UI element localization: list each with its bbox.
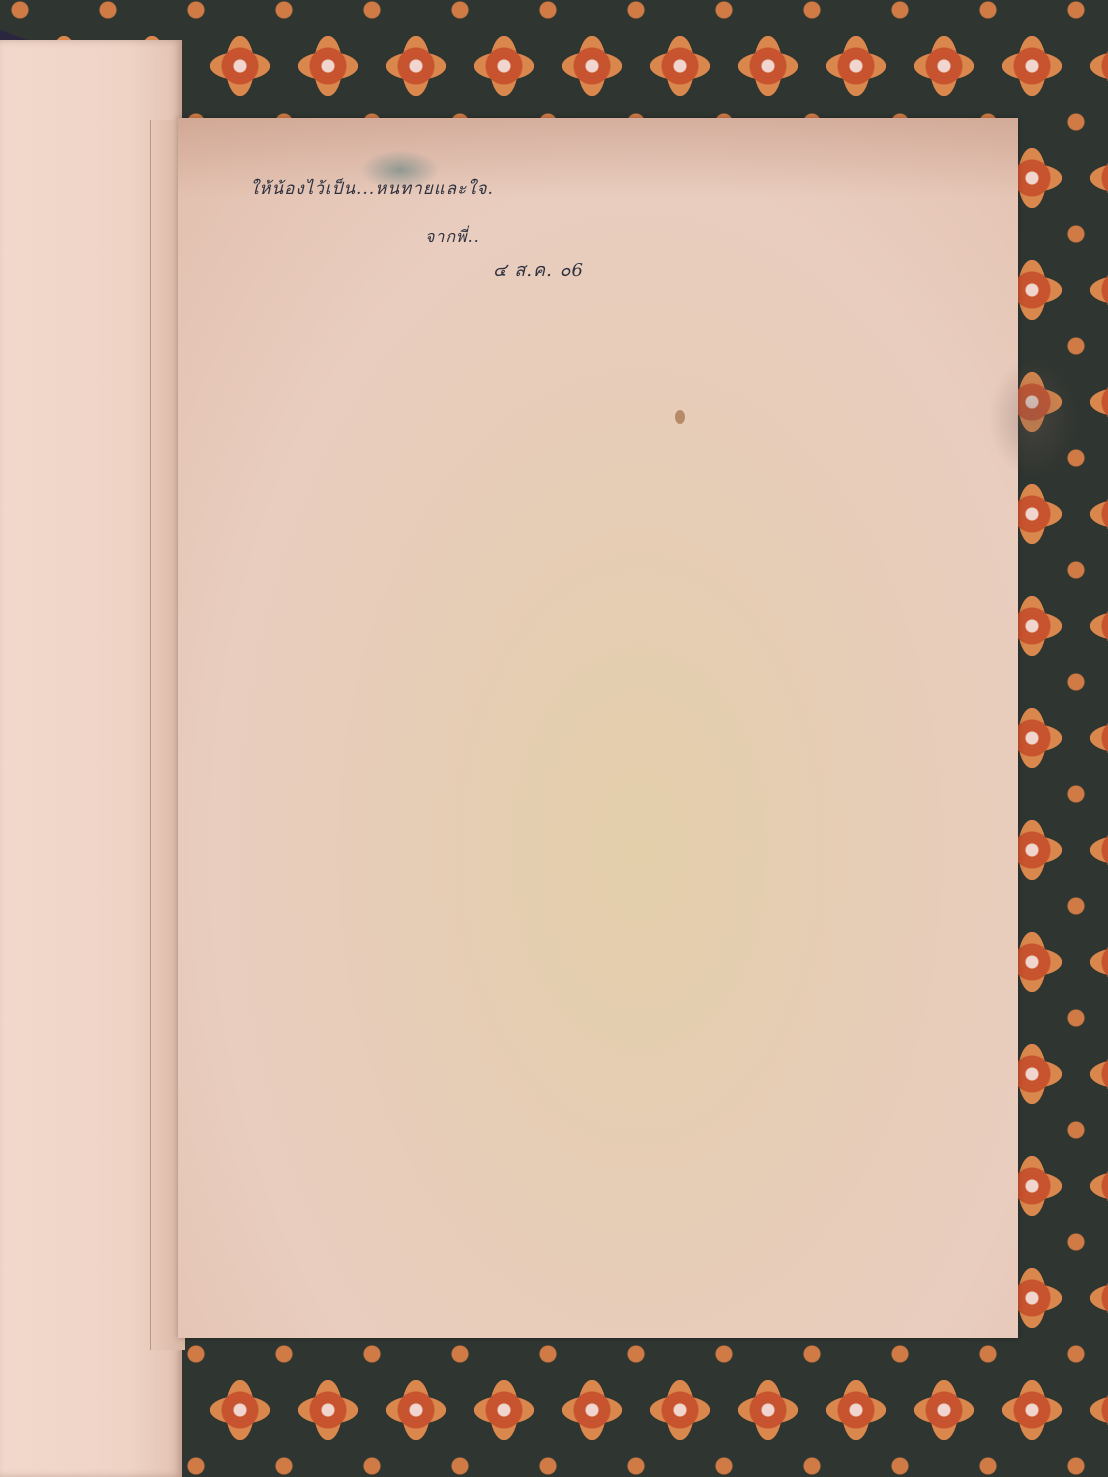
inscription-date: ๔ ส.ค. ๐6 [493,255,584,284]
right-page [178,118,1018,1338]
inscription-line-2: จากพี่.. [425,225,480,250]
inscription-line-1: ให้น้องไว้เป็น...หนทายและใจ. [250,175,494,202]
page-smudge [988,358,1078,478]
page-spot [675,410,685,424]
